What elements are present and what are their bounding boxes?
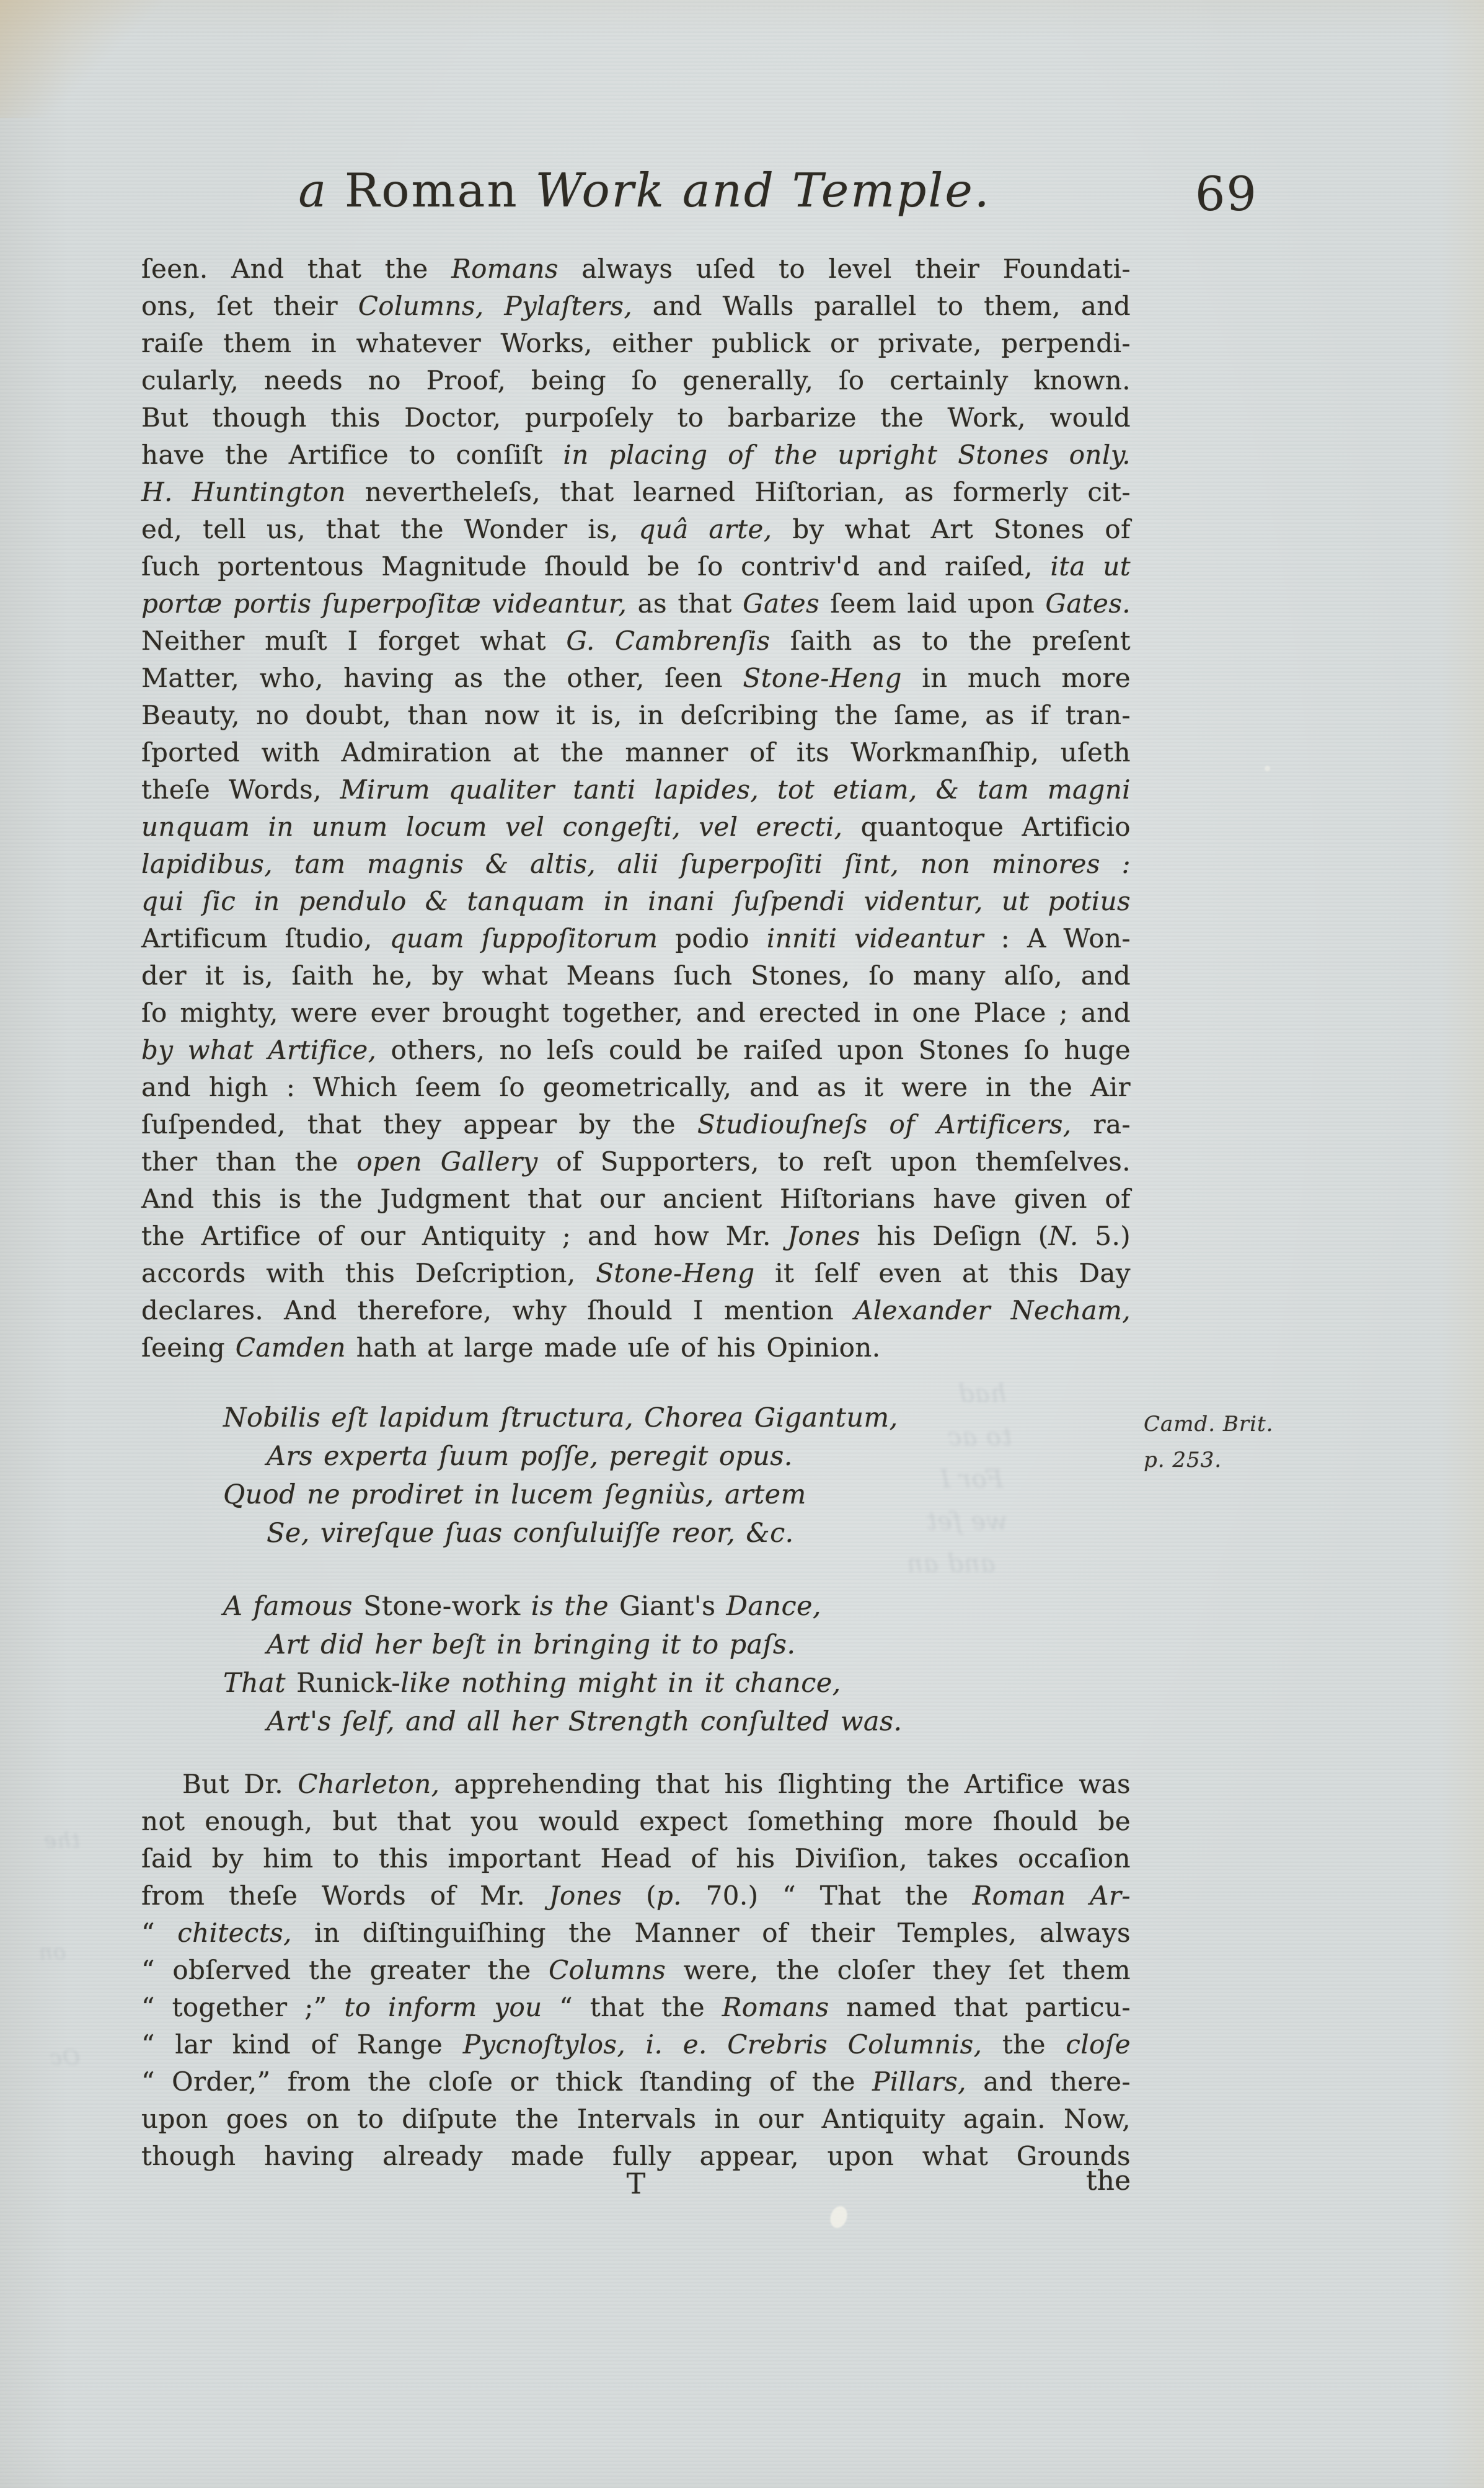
text-line: have the Artifice to conſiſt in placing …	[141, 436, 1131, 474]
text-line: and an	[906, 1551, 996, 1576]
text-line: lapidibus, tam magnis & altis, alii ſupe…	[141, 846, 1131, 883]
text-line: “ Order,” from the cloſe or thick ſtandi…	[141, 2063, 1131, 2101]
text-line: unquam in unum locum vel congeſti, vel e…	[141, 808, 1131, 846]
text-line: portæ portis ſuperpoſitæ videantur, as t…	[141, 585, 1131, 622]
text-line: ſeen. And that the Romans always uſed to…	[141, 250, 1131, 288]
running-header-title: a Roman Work and Temple.	[211, 156, 1079, 224]
text-line: Ars experta ſuum poſſe, peregit opus.	[141, 1437, 1131, 1476]
text-line: not enough, but that you would expect ſo…	[141, 1803, 1131, 1840]
text-line: ſported with Admiration at the manner of…	[141, 734, 1131, 771]
page-edge-shading	[0, 0, 186, 118]
page-number: 69	[1195, 160, 1258, 228]
text-line: and high : Which ſeem ſo geometrically, …	[141, 1069, 1131, 1106]
text-line: But Dr. Charleton, apprehending that his…	[141, 1766, 1131, 1803]
text-line: qui ſic in pendulo & tanquam in inani ſu…	[141, 883, 1131, 920]
text-line: ſuch portentous Magnitude ſhould be ſo c…	[141, 548, 1131, 585]
text-line: from theſe Words of Mr. Jones (p. 70.) “…	[141, 1877, 1131, 1915]
text-line: Oc	[50, 2047, 80, 2068]
text-line: ons, ſet their Columns, Pylaſters, and W…	[141, 288, 1131, 325]
text-line: “ lar kind of Range Pycnoſtylos, i. e. C…	[141, 2026, 1131, 2063]
text-line: ſo mighty, were ever brought together, a…	[141, 994, 1131, 1032]
text-line: der it is, ſaith he, by what Means ſuch …	[141, 957, 1131, 994]
margin-citation-note: Camd. Brit.p. 253.	[1144, 1406, 1342, 1478]
text-line: cularly, needs no Proof, being ſo genera…	[141, 362, 1131, 399]
paper-fleck	[828, 2204, 850, 2230]
text-line: Art did her beſt in bringing it to paſs.	[141, 1626, 1131, 1664]
text-line: Neither muſt I forget what G. Cambrenſis…	[141, 622, 1131, 660]
paper-fleck	[397, 939, 403, 944]
paper-fleck	[1265, 766, 1270, 771]
text-line: on	[38, 1942, 66, 1963]
text-line: ſuſpended, that they appear by the Studi…	[141, 1106, 1131, 1143]
text-line: H. Huntington nevertheleſs, that learned…	[141, 474, 1131, 511]
text-line: the Artifice of our Antiquity ; and how …	[141, 1218, 1131, 1255]
english-verse-translation: A famous Stone-work is the Giant's Dance…	[141, 1587, 1131, 1741]
body-paragraph-1: ſeen. And that the Romans always uſed to…	[141, 250, 1131, 1366]
text-line: But though this Doctor, purpoſely to bar…	[141, 399, 1131, 436]
text-line: Beauty, no doubt, than now it is, in deſ…	[141, 697, 1131, 734]
text-line: Matter, who, having as the other, ſeen S…	[141, 660, 1131, 697]
text-line: ſaid by him to this important Head of hi…	[141, 1840, 1131, 1877]
latin-verse-quotation: Nobilis eſt lapidum ſtructura, Chorea Gi…	[141, 1399, 1131, 1552]
text-line: ſeeing Camden hath at large made uſe of …	[141, 1329, 1131, 1366]
text-line: p. 253.	[1144, 1442, 1342, 1478]
text-line: A famous Stone-work is the Giant's Dance…	[141, 1587, 1131, 1626]
text-line: upon goes on to diſpute the Intervals in…	[141, 2101, 1131, 2138]
text-line: Artificum ſtudio, quam ſuppoſitorum podi…	[141, 920, 1131, 957]
text-line: declares. And therefore, why ſhould I me…	[141, 1292, 1131, 1329]
text-line: ed, tell us, that the Wonder is, quâ art…	[141, 511, 1131, 548]
body-paragraph-2: But Dr. Charleton, apprehending that his…	[141, 1766, 1131, 2175]
text-line: by what Artifice, others, no leſs could …	[141, 1032, 1131, 1069]
text-line: Art's ſelf, and all her Strength conſult…	[141, 1702, 1131, 1741]
text-line: the	[43, 1830, 80, 1851]
text-line: Se, vireſque ſuas conſuluiſſe reor, &c.	[141, 1514, 1131, 1552]
text-line: Camd. Brit.	[1144, 1406, 1342, 1442]
text-line: ther than the open Gallery of Supporters…	[141, 1143, 1131, 1180]
text-line: Nobilis eſt lapidum ſtructura, Chorea Gi…	[141, 1399, 1131, 1437]
text-line: theſe Words, Mirum qualiter tanti lapide…	[141, 771, 1131, 808]
text-line: And this is the Judgment that our ancien…	[141, 1180, 1131, 1218]
text-line: “ obſerved the greater the Columns were,…	[141, 1952, 1131, 1989]
text-line: “ together ;” to inform you “ that the R…	[141, 1989, 1131, 2026]
book-page-scan: hadto acFor Iwe fetand antheonOc a Roman…	[0, 0, 1484, 2488]
text-line: raiſe them in whatever Works, either pub…	[141, 325, 1131, 362]
text-line: That Runick-like nothing might in it cha…	[141, 1664, 1131, 1702]
text-line: accords with this Deſcription, Stone-Hen…	[141, 1255, 1131, 1292]
text-line: Quod ne prodiret in lucem ſegniùs, artem	[141, 1476, 1131, 1514]
catchword: the	[141, 2161, 1131, 2201]
text-line: “ chitects, in diſtinguiſhing the Manner…	[141, 1915, 1131, 1952]
